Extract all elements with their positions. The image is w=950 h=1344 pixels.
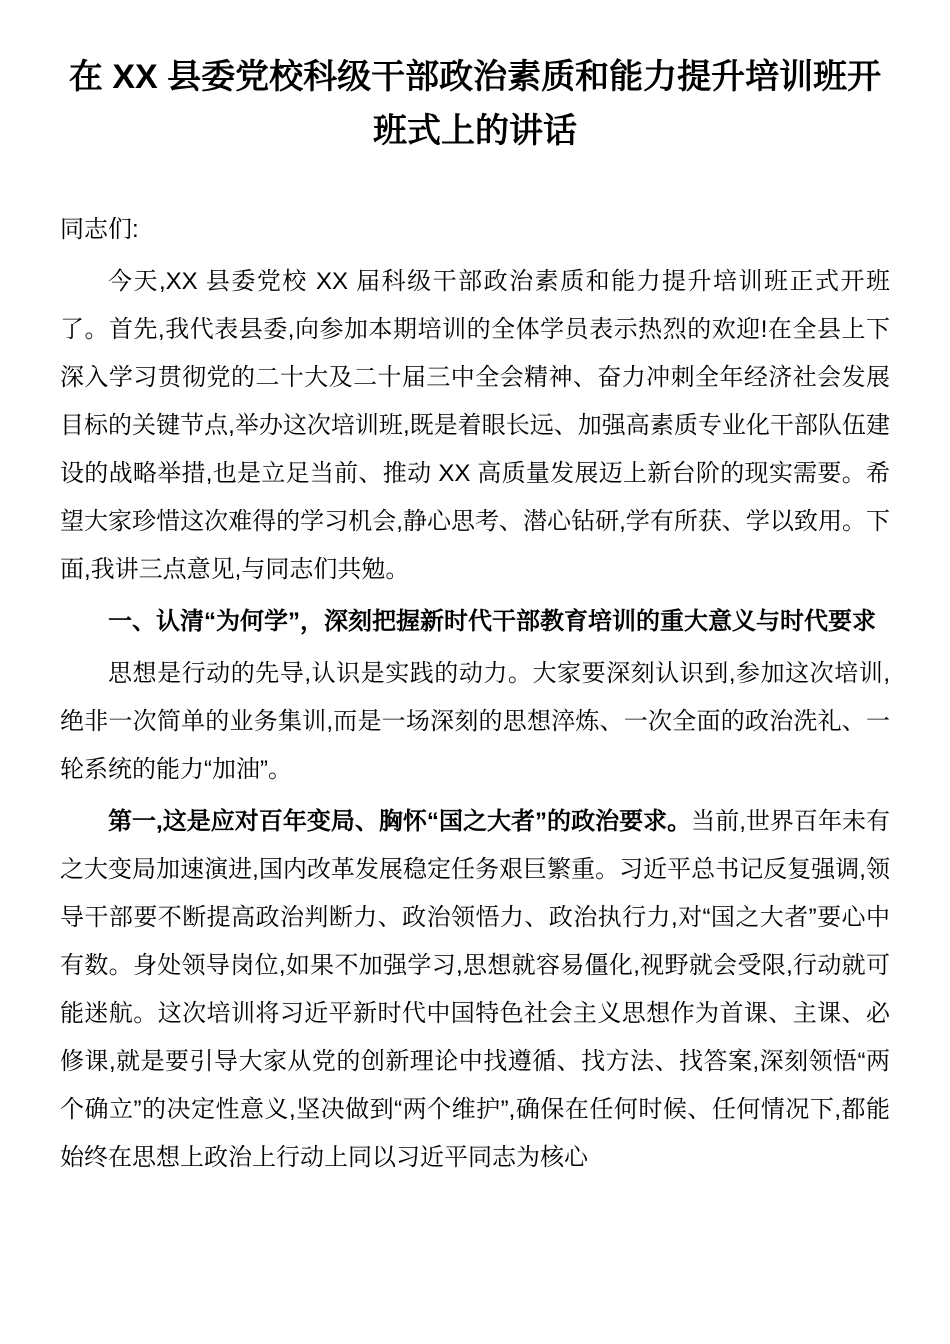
point-one-lead: 第一,这是应对百年变局、胸怀“国之大者”的政治要求。 xyxy=(108,808,691,835)
paragraph-intro: 今天,XX 县委党校 XX 届科级干部政治素质和能力提升培训班正式开班了。首先,… xyxy=(60,258,890,594)
section-one-heading: 一、认清“为何学”，深刻把握新时代干部教育培训的重大意义与时代要求 xyxy=(60,598,890,646)
document-page: 在 XX 县委党校科级干部政治素质和能力提升培训班开班式上的讲话 同志们: 今天… xyxy=(0,0,950,1344)
paragraph-point-one: 第一,这是应对百年变局、胸怀“国之大者”的政治要求。当前,世界百年未有之大变局加… xyxy=(60,798,890,1182)
paragraph-section-one: 思想是行动的先导,认识是实践的动力。大家要深刻认识到,参加这次培训,绝非一次简单… xyxy=(60,650,890,794)
point-one-body: 当前,世界百年未有之大变局加速演进,国内改革发展稳定任务艰巨繁重。习近平总书记反… xyxy=(60,808,890,1171)
salutation: 同志们: xyxy=(60,206,890,254)
document-title: 在 XX 县委党校科级干部政治素质和能力提升培训班开班式上的讲话 xyxy=(60,50,890,158)
